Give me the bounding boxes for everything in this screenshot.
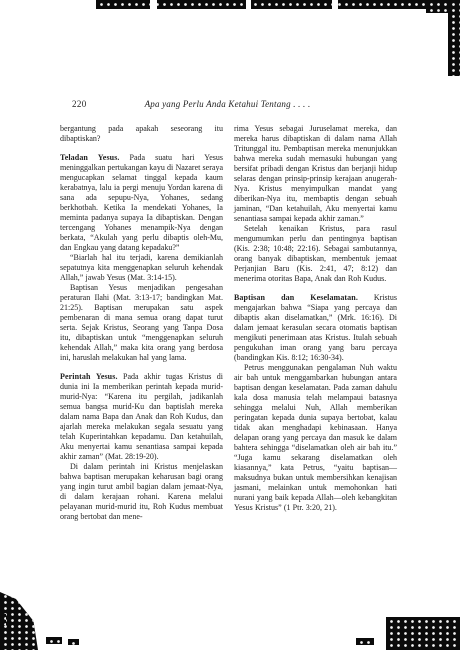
paragraph-with-heading: Perintah Yesus. Pada akhir tugas Kristus… — [60, 372, 223, 462]
paragraph-lead: Perintah Yesus. — [60, 372, 118, 381]
scan-artifact-right-edge — [448, 0, 460, 76]
paragraph: Setelah kenaikan Kristus, para rasul men… — [234, 224, 397, 284]
scan-artifact-bottom-dash — [68, 639, 79, 645]
paragraph: Di dalam perintah ini Kristus menjelaska… — [60, 462, 223, 522]
left-column: bergantung pada apakah seseorang itu dib… — [60, 124, 223, 522]
scanned-book-page: 220 Apa yang Perlu Anda Ketahui Tentang … — [0, 0, 460, 650]
running-head: 220 Apa yang Perlu Anda Ketahui Tentang … — [60, 99, 395, 110]
paragraph: bergantung pada apakah seseorang itu dib… — [60, 124, 223, 144]
page-number: 220 — [72, 99, 87, 110]
running-title: Apa yang Perlu Anda Ketahui Tentang . . … — [145, 99, 311, 109]
paragraph: rima Yesus sebagai Juruselamat mereka, d… — [234, 124, 397, 224]
scan-artifact-bottom-right — [386, 617, 460, 650]
paragraph: Petrus menggunakan pengalaman Nuh waktu … — [234, 363, 397, 513]
scan-artifact-gap — [332, 0, 338, 10]
paragraph-lead: Teladan Yesus. — [60, 153, 120, 162]
right-column: rima Yesus sebagai Juruselamat mereka, d… — [234, 124, 397, 522]
paragraph: “Biarlah hal itu terjadi, karena demikia… — [60, 253, 223, 283]
paragraph-lead: Baptisan dan Keselamatan. — [234, 293, 358, 302]
scan-artifact-left-edge — [0, 614, 6, 626]
paragraph: Baptisan Yesus menjadikan pengesahan per… — [60, 283, 223, 363]
text-body: bergantung pada apakah seseorang itu dib… — [60, 124, 397, 522]
scan-artifact-gap — [246, 0, 251, 10]
scan-artifact-gap — [150, 0, 157, 10]
scan-artifact-bottom-dash — [356, 638, 374, 645]
scan-artifact-bottom-dash — [46, 637, 62, 644]
paragraph-with-heading: Teladan Yesus. Pada suatu hari Yesus men… — [60, 153, 223, 253]
paragraph-with-heading: Baptisan dan Keselamatan. Kristus mengaj… — [234, 293, 397, 363]
